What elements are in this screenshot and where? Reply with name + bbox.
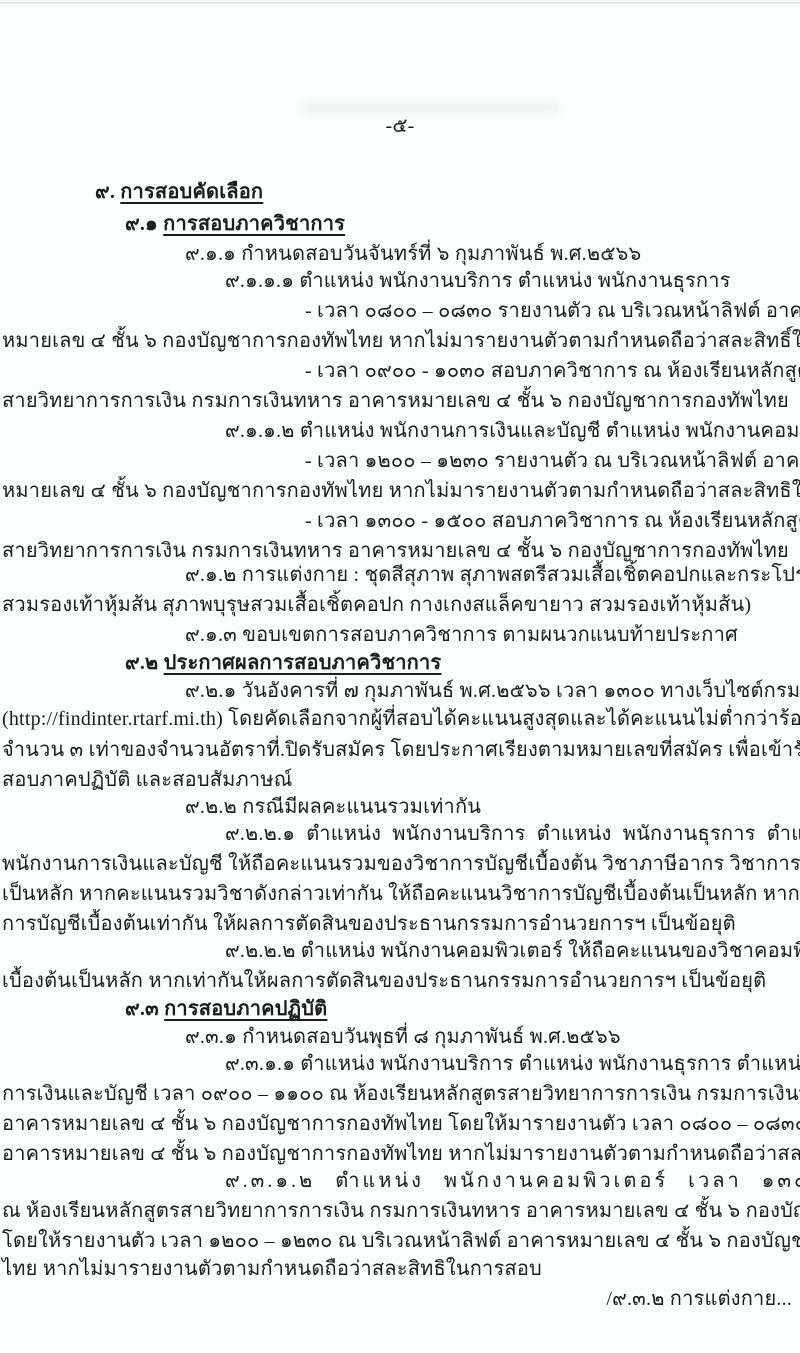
line-text: เป็นหลัก หากคะแนนรวมวิชาดังกล่าวเท่ากัน … [2, 883, 800, 905]
line-text: ๙.๑.๑.๒ ตำแหน่ง พนักงานการเงินและบัญชี ต… [225, 420, 800, 442]
line-text: (http://findinter.rtarf.mi.th) โดยคัดเลื… [2, 708, 800, 730]
heading-number: ๙.๑ [125, 213, 163, 235]
line-text: ๙.๑.๑.๑ ตำแหน่ง พนักงานบริการ ตำแหน่ง พน… [225, 270, 731, 292]
line-text: สอบภาคปฏิบัติ และสอบสัมภาษณ์ [2, 769, 292, 791]
line-text: สวมรองเท้าหุ้มส้น สุภาพบุรุษสวมเสื้อเชิ้… [2, 594, 751, 616]
line-text: - เวลา ๐๙๐๐ - ๑๐๓๐ สอบภาควิชาการ ณ ห้องเ… [305, 360, 800, 382]
doc-text-line: ๙.๓.๑.๑ ตำแหน่ง พนักงานบริการ ตำแหน่ง พน… [225, 1051, 800, 1077]
line-text: ๙.๒.๒ กรณีมีผลคะแนนรวมเท่ากัน [185, 796, 481, 818]
doc-text-line: อาคารหมายเลข ๔ ชั้น ๖ กองบัญชาการกองทัพไ… [2, 1111, 800, 1137]
line-text: - เวลา ๑๓๐๐ - ๑๕๐๐ สอบภาควิชาการ ณ ห้องเ… [305, 510, 800, 532]
line-text: - เวลา ๐๘๐๐ – ๐๘๓๐ รายงานตัว ณ บริเวณหน้… [305, 300, 800, 322]
line-text: การสอบภาควิชาการ [163, 213, 345, 235]
doc-text-line: ณ ห้องเรียนหลักสูตรสายวิทยาการการเงิน กร… [2, 1198, 800, 1224]
line-text: พนักงานการเงินและบัญชี ให้ถือคะแนนรวมของ… [2, 853, 800, 875]
line-text: การสอบภาคปฏิบัติ [164, 998, 327, 1020]
line-text: ๙.๒.๒.๒ ตำแหน่ง พนักงานคอมพิวเตอร์ ให้ถื… [225, 940, 800, 962]
line-text: -๕- [385, 115, 414, 137]
line-text: ไทย หากไม่มารายงานตัวตามกำหนดถือว่าสละสิ… [2, 1258, 542, 1280]
continuation-note: /๙.๓.๒ การแต่งกาย... [606, 1286, 792, 1312]
doc-text-line: สอบภาคปฏิบัติ และสอบสัมภาษณ์ [2, 767, 292, 793]
doc-text-line: อาคารหมายเลข ๔ ชั้น ๖ กองบัญชาการกองทัพไ… [2, 1141, 800, 1167]
line-text: ๙.๓.๑.๒ ตำแหน่ง พนักงานคอมพิวเตอร์ เวลา … [225, 1170, 800, 1192]
line-text: สายวิทยาการการเงิน กรมการเงินทหาร อาคารห… [2, 540, 789, 562]
line-text: /๙.๓.๒ การแต่งกาย... [606, 1288, 792, 1310]
doc-text-line: การบัญชีเบื้องต้นเท่ากัน ให้ผลการตัดสินข… [2, 911, 736, 937]
doc-text-line: ๙.๓.๑ กำหนดสอบวันพุธที่ ๘ กุมภาพันธ์ พ.ศ… [185, 1024, 621, 1050]
line-text: หมายเลข ๔ ชั้น ๖ กองบัญชาการกองทัพไทย หา… [2, 330, 800, 352]
line-text: หมายเลข ๔ ชั้น ๖ กองบัญชาการกองทัพไทย หา… [2, 480, 800, 502]
heading-number: ๙.๒ [125, 652, 164, 674]
doc-text-line: โดยให้รายงานตัว เวลา ๑๒๐๐ – ๑๒๓๐ ณ บริเว… [2, 1228, 800, 1254]
line-text: ๙.๒.๑ วันอังคารที่ ๗ กุมภาพันธ์ พ.ศ.๒๕๖๖… [185, 680, 800, 702]
doc-text-line: จำนวน ๓ เท่าของจำนวนอัตราที่.ปิดรับสมัคร… [2, 737, 800, 763]
page-number: -๕- [0, 113, 800, 139]
doc-heading-line: ๙.๑ การสอบภาควิชาการ [125, 211, 345, 237]
doc-text-line: สายวิทยาการการเงิน กรมการเงินทหาร อาคารห… [2, 388, 789, 414]
doc-text-line: สายวิทยาการการเงิน กรมการเงินทหาร อาคารห… [2, 538, 789, 564]
line-text: จำนวน ๓ เท่าของจำนวนอัตราที่.ปิดรับสมัคร… [2, 739, 800, 761]
line-text: ๙.๑.๓ ขอบเขตการสอบภาควิชาการ ตามผนวกแนบท… [185, 624, 738, 646]
line-text: ๙.๑.๑ กำหนดสอบวันจันทร์ที่ ๖ กุมภาพันธ์ … [185, 243, 641, 265]
doc-text-line: (http://findinter.rtarf.mi.th) โดยคัดเลื… [2, 706, 800, 732]
doc-text-line: ไทย หากไม่มารายงานตัวตามกำหนดถือว่าสละสิ… [2, 1256, 542, 1282]
line-text: การบัญชีเบื้องต้นเท่ากัน ให้ผลการตัดสินข… [2, 913, 736, 935]
doc-text-line: ๙.๒.๑ วันอังคารที่ ๗ กุมภาพันธ์ พ.ศ.๒๕๖๖… [185, 678, 800, 704]
heading-number: ๙.๓ [125, 998, 164, 1020]
doc-text-line: - เวลา ๐๘๐๐ – ๐๘๓๐ รายงานตัว ณ บริเวณหน้… [305, 298, 800, 324]
line-text: - เวลา ๑๒๐๐ – ๑๒๓๐ รายงานตัว ณ บริเวณหน้… [305, 450, 800, 472]
heading-number: ๙. [95, 181, 120, 203]
doc-heading-line: ๙.๓ การสอบภาคปฏิบัติ [125, 996, 327, 1022]
line-text: ๙.๓.๑.๑ ตำแหน่ง พนักงานบริการ ตำแหน่ง พน… [225, 1053, 800, 1075]
doc-text-line: ๙.๑.๓ ขอบเขตการสอบภาควิชาการ ตามผนวกแนบท… [185, 622, 738, 648]
doc-text-line: เบื้องต้นเป็นหลัก หากเท่ากันให้ผลการตัดส… [2, 968, 766, 994]
line-text: ๙.๓.๑ กำหนดสอบวันพุธที่ ๘ กุมภาพันธ์ พ.ศ… [185, 1026, 621, 1048]
doc-text-line: - เวลา ๑๓๐๐ - ๑๕๐๐ สอบภาควิชาการ ณ ห้องเ… [305, 508, 800, 534]
document-page: -๕-๙. การสอบคัดเลือก๙.๑ การสอบภาควิชาการ… [0, 0, 800, 1353]
doc-text-line: ๙.๑.๑.๒ ตำแหน่ง พนักงานการเงินและบัญชี ต… [225, 418, 800, 444]
doc-text-line: หมายเลข ๔ ชั้น ๖ กองบัญชาการกองทัพไทย หา… [2, 328, 800, 354]
doc-text-line: เป็นหลัก หากคะแนนรวมวิชาดังกล่าวเท่ากัน … [2, 881, 800, 907]
line-text: ๙.๑.๒ การแต่งกาย : ชุดสีสุภาพ สุภาพสตรีส… [185, 564, 800, 586]
doc-text-line: - เวลา ๐๙๐๐ - ๑๐๓๐ สอบภาควิชาการ ณ ห้องเ… [305, 358, 800, 384]
line-text: สายวิทยาการการเงิน กรมการเงินทหาร อาคารห… [2, 390, 789, 412]
doc-heading-line: ๙. การสอบคัดเลือก [95, 179, 263, 205]
doc-text-line: - เวลา ๑๒๐๐ – ๑๒๓๐ รายงานตัว ณ บริเวณหน้… [305, 448, 800, 474]
line-text: ประกาศผลการสอบภาควิชาการ [164, 652, 442, 674]
line-text: โดยให้รายงานตัว เวลา ๑๒๐๐ – ๑๒๓๐ ณ บริเว… [2, 1230, 800, 1252]
doc-text-line: ๙.๒.๒ กรณีมีผลคะแนนรวมเท่ากัน [185, 794, 481, 820]
line-text: อาคารหมายเลข ๔ ชั้น ๖ กองบัญชาการกองทัพไ… [2, 1143, 800, 1165]
line-text: เบื้องต้นเป็นหลัก หากเท่ากันให้ผลการตัดส… [2, 970, 766, 992]
doc-text-line: ๙.๒.๒.๒ ตำแหน่ง พนักงานคอมพิวเตอร์ ให้ถื… [225, 938, 800, 964]
doc-text-line: ๙.๑.๑.๑ ตำแหน่ง พนักงานบริการ ตำแหน่ง พน… [225, 268, 731, 294]
doc-text-line: ๙.๑.๑ กำหนดสอบวันจันทร์ที่ ๖ กุมภาพันธ์ … [185, 241, 641, 267]
line-text: ณ ห้องเรียนหลักสูตรสายวิทยาการการเงิน กร… [2, 1200, 800, 1222]
line-text: การเงินและบัญชี เวลา ๐๙๐๐ – ๑๑๐๐ ณ ห้องเ… [2, 1083, 800, 1105]
line-text: การสอบคัดเลือก [120, 181, 263, 203]
doc-text-line: สวมรองเท้าหุ้มส้น สุภาพบุรุษสวมเสื้อเชิ้… [2, 592, 751, 618]
doc-text-line: ๙.๑.๒ การแต่งกาย : ชุดสีสุภาพ สุภาพสตรีส… [185, 562, 800, 588]
doc-text-line: การเงินและบัญชี เวลา ๐๙๐๐ – ๑๑๐๐ ณ ห้องเ… [2, 1081, 800, 1107]
doc-text-line: ๙.๓.๑.๒ ตำแหน่ง พนักงานคอมพิวเตอร์ เวลา … [225, 1168, 800, 1194]
doc-text-line: ๙.๒.๒.๑ ตำแหน่ง พนักงานบริการ ตำแหน่ง พน… [225, 821, 800, 847]
doc-text-line: หมายเลข ๔ ชั้น ๖ กองบัญชาการกองทัพไทย หา… [2, 478, 800, 504]
doc-heading-line: ๙.๒ ประกาศผลการสอบภาควิชาการ [125, 650, 441, 676]
line-text: อาคารหมายเลข ๔ ชั้น ๖ กองบัญชาการกองทัพไ… [2, 1113, 800, 1135]
line-text: ๙.๒.๒.๑ ตำแหน่ง พนักงานบริการ ตำแหน่ง พน… [225, 823, 800, 845]
doc-text-line: พนักงานการเงินและบัญชี ให้ถือคะแนนรวมของ… [2, 851, 800, 877]
